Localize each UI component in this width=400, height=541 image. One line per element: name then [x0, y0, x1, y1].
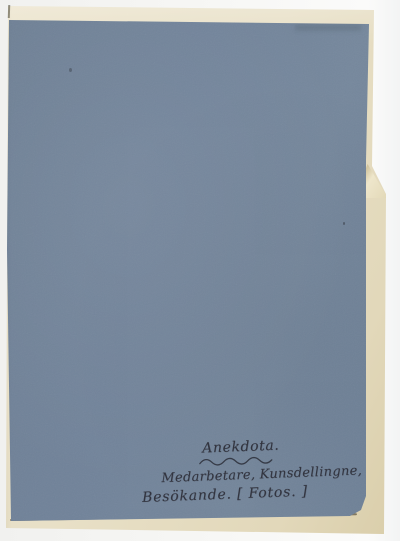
scan-background: Anekdota. Medarbetare, Kunsdellingne, Be…: [0, 0, 400, 541]
smudge-mark: [295, 24, 361, 31]
ink-speck: [69, 68, 72, 72]
ink-speck: [343, 222, 345, 225]
dogear-fold: [366, 164, 386, 198]
handwriting-block: Anekdota. Medarbetare, Kunsdellingne, Be…: [138, 434, 380, 506]
blue-cover-paper: Anekdota. Medarbetare, Kunsdellingne, Be…: [0, 0, 400, 541]
wavy-underline: [199, 455, 279, 467]
